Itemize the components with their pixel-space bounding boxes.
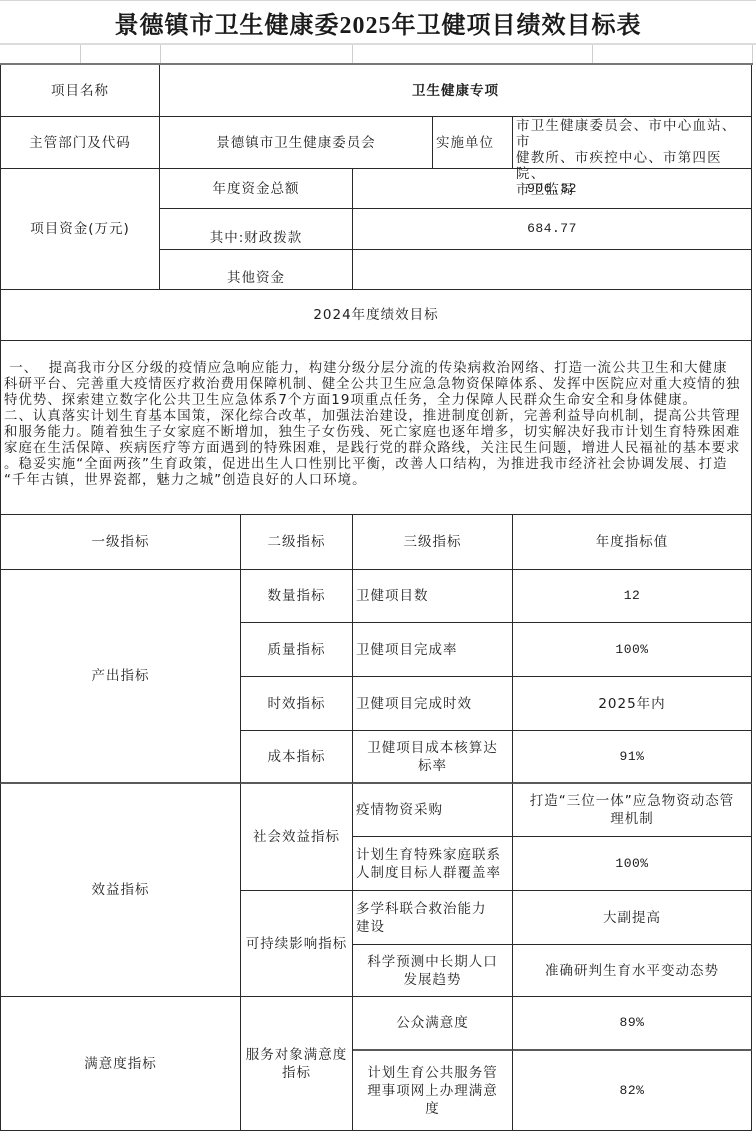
- goals-text[interactable]: 一、 提高我市分区分级的疫情应急响应能力，构建分级分层分流的传染病救治网络、打造…: [0, 341, 752, 515]
- header-annual-value: 年度指标值: [513, 515, 752, 570]
- implementing-unit-value[interactable]: 市卫生健康委员会、市中心血站、市 健教所、市疾控中心、市第四医院、 市卫监局: [513, 117, 752, 169]
- indicator-value[interactable]: 2025年内: [513, 677, 752, 731]
- level3-item[interactable]: 计划生育公共服务管 理事项网上办理满意 度: [353, 1051, 513, 1131]
- fiscal-appropriation-label: 其中:财政拨款: [160, 209, 353, 250]
- goals-line: 。稳妥实施“全面两孩”生育政策，促进出生人口性别比平衡，改善人口结构，为推进我市…: [4, 457, 728, 473]
- indicator-value[interactable]: 82%: [513, 1051, 752, 1131]
- level2-social-benefit: 社会效益指标: [241, 784, 353, 891]
- level2-quality: 质量指标: [241, 623, 353, 677]
- annual-funds-label: 年度资金总额: [160, 169, 353, 209]
- level1-benefit: 效益指标: [0, 784, 241, 997]
- goals-line: 二、认真落实计划生育基本国策，深化综合改革，加强法治建设，推进制度创新，完善利益…: [4, 409, 740, 425]
- level3-item[interactable]: 疫情物资采购: [353, 784, 513, 837]
- empty-grid-cell[interactable]: [0, 45, 81, 64]
- indicator-value[interactable]: 100%: [513, 623, 752, 677]
- level2-service-satisfaction: 服务对象满意度 指标: [241, 997, 353, 1131]
- empty-grid-cell[interactable]: [353, 45, 593, 64]
- level1-satisfaction: 满意度指标: [0, 997, 241, 1131]
- title-band: 景德镇市卫生健康委2025年卫健项目绩效目标表: [0, 0, 756, 45]
- goals-line: 一、 提高我市分区分级的疫情应急响应能力，构建分级分层分流的传染病救治网络、打造…: [4, 361, 728, 377]
- level1-output: 产出指标: [0, 570, 241, 784]
- goals-line: 和服务能力。随着独生子女家庭不断增加，独生子女伤残、死亡家庭也逐年增多，切实解决…: [4, 425, 740, 441]
- indicator-value[interactable]: 12: [513, 570, 752, 623]
- indicator-value[interactable]: 大副提高: [513, 891, 752, 945]
- level3-item[interactable]: 公众满意度: [353, 997, 513, 1051]
- header-level3: 三级指标: [353, 515, 513, 570]
- page-title: 景德镇市卫生健康委2025年卫健项目绩效目标表: [115, 5, 642, 40]
- project-funds-label: 项目资金(万元): [0, 169, 160, 290]
- level3-item[interactable]: 卫健项目完成率: [353, 623, 513, 677]
- project-name-value[interactable]: 卫生健康专项: [160, 65, 752, 117]
- header-level1: 一级指标: [0, 515, 241, 570]
- other-funds-label: 其他资金: [160, 250, 353, 290]
- level3-item[interactable]: 卫健项目数: [353, 570, 513, 623]
- indicator-value[interactable]: 89%: [513, 997, 752, 1051]
- fiscal-appropriation-value[interactable]: 684.77: [353, 209, 752, 250]
- project-name-label: 项目名称: [0, 65, 160, 117]
- goals-line: 科研平台、完善重大疫情医疗救治费用保障机制、健全公共卫生应急急物资保障体系、发挥…: [4, 377, 740, 393]
- level2-quantity: 数量指标: [241, 570, 353, 623]
- header-level2: 二级指标: [241, 515, 353, 570]
- department-value[interactable]: 景德镇市卫生健康委员会: [160, 117, 433, 169]
- goals-header: 2024年度绩效目标: [0, 290, 752, 341]
- implementing-unit-label: 实施单位: [433, 117, 513, 169]
- goals-line: “千年古镇，世界瓷都，魅力之城”创造良好的人口环境。: [4, 473, 367, 489]
- level3-item[interactable]: 科学预测中长期人口 发展趋势: [353, 945, 513, 997]
- empty-grid-cell[interactable]: [161, 45, 353, 64]
- goals-line: 特优势、探索建立数字化公共卫生应急体系7个方面19项重点任务，全力保障人民群众生…: [4, 393, 697, 409]
- level3-item[interactable]: 计划生育特殊家庭联系 人制度目标人群覆盖率: [353, 837, 513, 891]
- department-label: 主管部门及代码: [0, 117, 160, 169]
- annual-funds-value[interactable]: 906.32: [353, 169, 752, 209]
- empty-grid-cell[interactable]: [81, 45, 161, 64]
- empty-grid-cell[interactable]: [593, 45, 753, 64]
- level3-item[interactable]: 多学科联合救治能力 建设: [353, 891, 513, 945]
- indicator-value[interactable]: 打造“三位一体”应急物资动态管 理机制: [513, 784, 752, 837]
- indicator-value[interactable]: 100%: [513, 837, 752, 891]
- level2-sustainable-impact: 可持续影响指标: [241, 891, 353, 997]
- goals-line: 家庭在生活保障、疾病医疗等方面遇到的特殊困难，是践行党的群众路线，关注民生问题，…: [4, 441, 740, 457]
- other-funds-value[interactable]: [353, 250, 752, 290]
- level2-cost: 成本指标: [241, 731, 353, 784]
- level3-item[interactable]: 卫健项目完成时效: [353, 677, 513, 731]
- indicator-value[interactable]: 91%: [513, 731, 752, 784]
- level3-item[interactable]: 卫健项目成本核算达 标率: [353, 731, 513, 784]
- indicator-value[interactable]: 准确研判生育水平变动态势: [513, 945, 752, 997]
- level2-timeliness: 时效指标: [241, 677, 353, 731]
